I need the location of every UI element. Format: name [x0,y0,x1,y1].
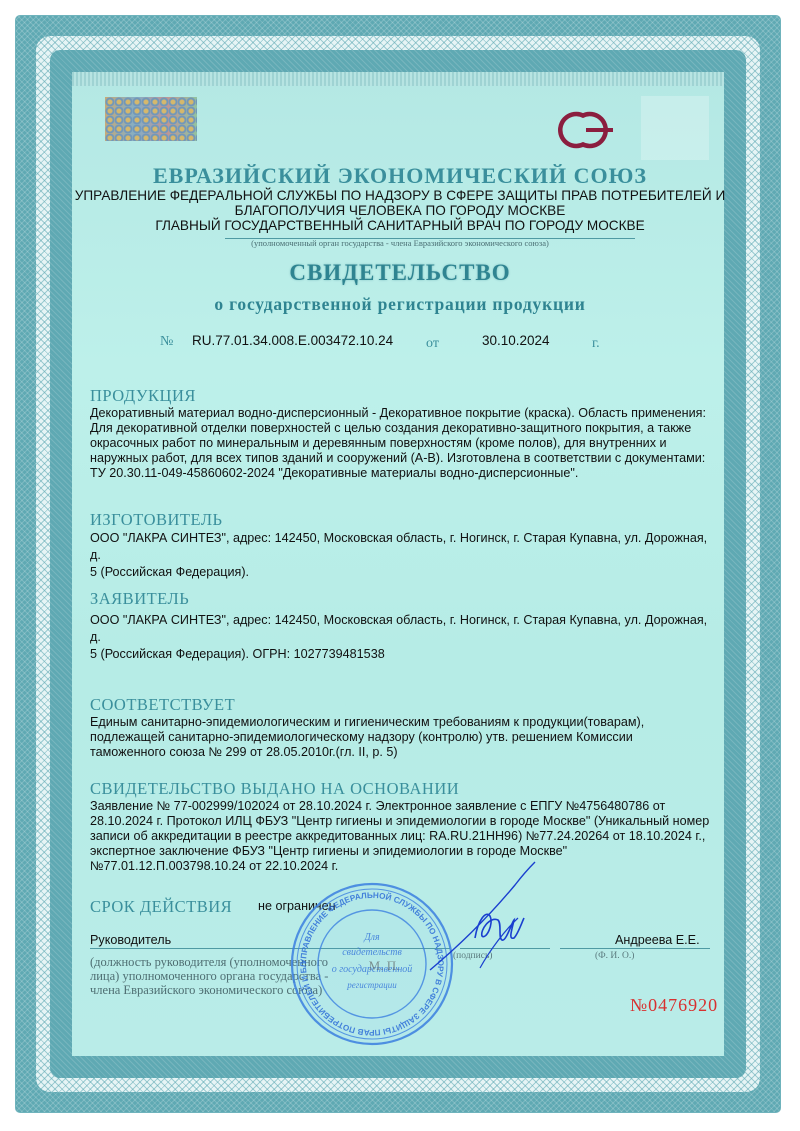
section-title-conforms: СООТВЕТСТВУЕТ [90,695,235,715]
handwritten-signature-icon [420,860,570,980]
product-line: Для декоративной отделки поверхностей с … [90,421,710,436]
section-body-basis: Заявление № 77-002999/102024 от 28.10.20… [90,799,710,874]
certificate-subtitle: о государственной регистрации продукции [0,294,800,315]
basis-line: записи об аккредитации в реестре аккреди… [90,829,710,844]
agency-line-3: ГЛАВНЫЙ ГОСУДАРСТВЕННЫЙ САНИТАРНЫЙ ВРАЧ … [0,218,800,233]
section-body-applicant: ООО "ЛАКРА СИНТЕЗ", адрес: 142450, Моско… [90,612,710,663]
section-title-manufacturer: ИЗГОТОВИТЕЛЬ [90,510,223,530]
basis-line: 28.10.2024 г. Протокол ИЛЦ ФБУЗ "Центр г… [90,814,710,829]
year-suffix: г. [592,336,600,352]
product-line: окрасочных работ по минеральным и деревя… [90,436,710,451]
security-hologram [105,97,197,141]
svg-text:свидетельств: свидетельств [342,947,402,958]
agency-line-2: БЛАГОПОЛУЧИЯ ЧЕЛОВЕКА ПО ГОРОДУ МОСКВЕ [0,203,800,218]
manufacturer-line: ООО "ЛАКРА СИНТЕЗ", адрес: 142450, Моско… [90,530,710,564]
product-line: наружных работ, для всех типов зданий и … [90,451,710,466]
applicant-line: ООО "ЛАКРА СИНТЕЗ", адрес: 142450, Моско… [90,612,710,646]
svg-text:М. П.: М. П. [369,958,400,973]
manufacturer-line: 5 (Российская Федерация). [90,564,710,581]
section-body-product: Декоративный материал водно-дисперсионны… [90,406,710,481]
section-title-product: ПРОДУКЦИЯ [90,386,196,406]
certificate-number: RU.77.01.34.008.E.003472.10.24 [192,333,393,348]
applicant-line: 5 (Российская Федерация). ОГРН: 10277394… [90,646,710,663]
agency-note: (уполномоченный орган государства - член… [0,238,800,248]
section-title-validity: СРОК ДЕЙСТВИЯ [90,897,232,917]
signer-role: Руководитель [90,933,290,948]
basis-line: экспертное заключение ФБУЗ "Центр гигиен… [90,844,710,859]
product-line: Декоративный материал водно-дисперсионны… [90,406,710,421]
name-caption: (Ф. И. О.) [595,951,634,961]
union-title: ЕВРАЗИЙСКИЙ ЭКОНОМИЧЕСКИЙ СОЮЗ [0,163,800,189]
signer-name: Андреева Е.Е. [615,933,715,948]
watermark-box [641,96,709,160]
date-label: от [426,336,439,352]
agency-line-1: УПРАВЛЕНИЕ ФЕДЕРАЛЬНОЙ СЛУЖБЫ ПО НАДЗОРУ… [0,188,800,203]
conforms-line: Единым санитарно-эпидемиологическим и ги… [90,715,710,730]
product-line: ТУ 20.30.11-049-45860602-2024 "Декоратив… [90,466,710,481]
customs-union-ce-logo-icon [554,110,624,150]
basis-line: №77.01.12.П.003798.10.24 от 22.10.2024 г… [90,859,710,874]
certificate-date: 30.10.2024 [482,333,550,348]
svg-text:Для: Для [363,932,380,943]
section-body-manufacturer: ООО "ЛАКРА СИНТЕЗ", адрес: 142450, Моско… [90,530,710,581]
conforms-line: таможенного союза № 299 от 28.05.2010г.(… [90,745,710,760]
basis-line: Заявление № 77-002999/102024 от 28.10.20… [90,799,710,814]
serial-number: №0476920 [630,995,718,1016]
section-title-applicant: ЗАЯВИТЕЛЬ [90,589,189,609]
name-line [560,948,710,949]
top-guilloche-strip [72,72,724,86]
svg-text:регистрации: регистрации [346,980,397,990]
section-body-conforms: Единым санитарно-эпидемиологическим и ги… [90,715,710,760]
conforms-line: подлежащей санитарно-эпидемиологическому… [90,730,710,745]
certificate-title: СВИДЕТЕЛЬСТВО [0,260,800,286]
agency-block: УПРАВЛЕНИЕ ФЕДЕРАЛЬНОЙ СЛУЖБЫ ПО НАДЗОРУ… [0,188,800,233]
number-label: № [160,334,173,350]
section-title-basis: СВИДЕТЕЛЬСТВО ВЫДАНО НА ОСНОВАНИИ [90,779,459,799]
